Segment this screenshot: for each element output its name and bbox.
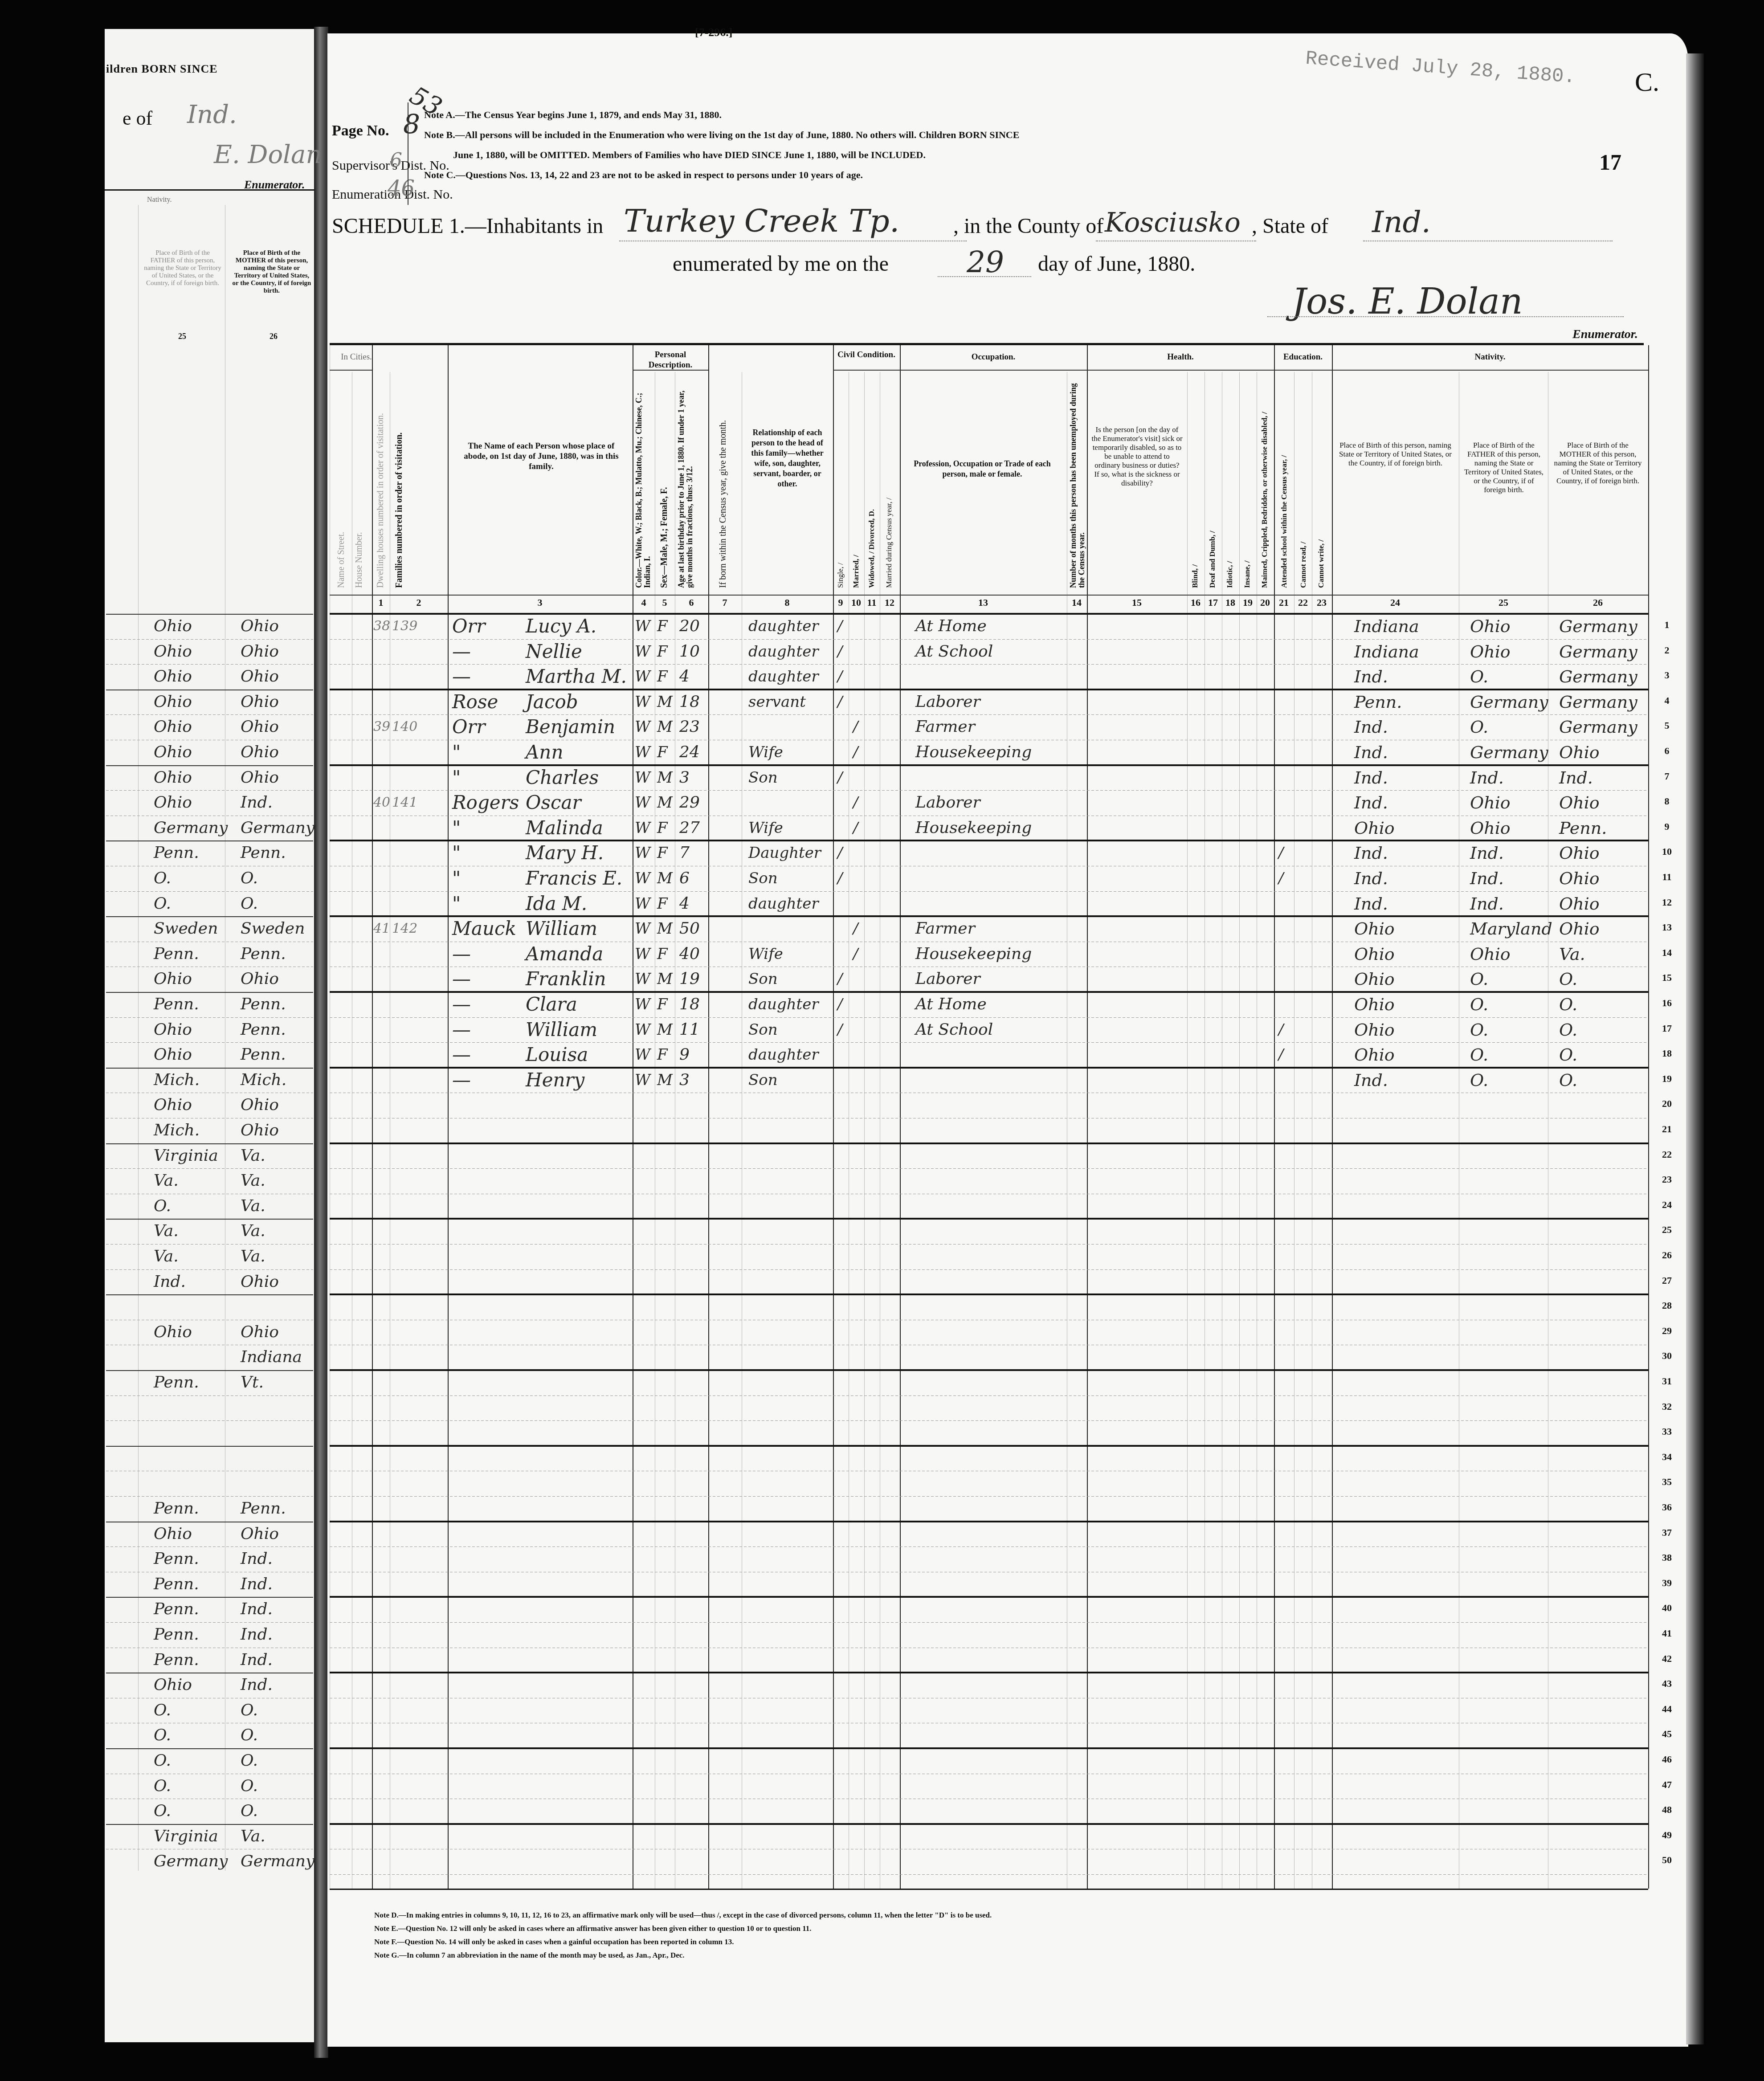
left-col25-header: Place of Birth of the FATHER of this per… — [143, 249, 223, 287]
surname[interactable]: — — [452, 1017, 471, 1042]
left-row-rule — [106, 1673, 313, 1673]
sex[interactable]: M — [657, 866, 673, 891]
column-divider — [352, 372, 352, 1889]
table-row[interactable]: 39140OrrBenjaminWM23/FarmerInd.O.Germany — [0, 714, 1764, 740]
father-birthplace[interactable]: Maryland — [1470, 916, 1552, 941]
given-name[interactable]: Lucy A. — [526, 614, 596, 639]
table-row[interactable]: —FranklinWM19Son/LaborerOhioO.O. — [0, 967, 1764, 992]
mother-birthplace[interactable]: Germany — [1559, 614, 1637, 639]
father-birthplace[interactable]: Ind. — [1470, 765, 1504, 790]
father-birthplace[interactable]: O. — [1470, 1068, 1488, 1093]
group-occupation: Occupation. — [900, 352, 1087, 362]
dwelling-number[interactable]: 39 — [373, 714, 390, 739]
given-name[interactable]: Ida M. — [526, 891, 587, 916]
father-birthplace[interactable]: O. — [1470, 1017, 1488, 1042]
birthplace[interactable]: Penn. — [1354, 690, 1402, 714]
table-row[interactable]: "Francis E.WM6Son//Ind.Ind.Ohio — [0, 866, 1764, 891]
single-mark[interactable]: / — [837, 765, 842, 790]
sex[interactable]: F — [657, 816, 668, 841]
mother-birthplace[interactable]: O. — [1559, 1017, 1577, 1042]
mother-birthplace[interactable]: Germany — [1559, 690, 1637, 714]
age[interactable]: 3 — [679, 1068, 690, 1093]
surname[interactable]: Orr — [452, 714, 486, 739]
mother-birthplace[interactable]: O. — [1559, 1042, 1577, 1067]
sex[interactable]: F — [657, 664, 668, 689]
given-name[interactable]: Louisa — [526, 1042, 588, 1067]
sex[interactable]: M — [657, 1017, 673, 1042]
mother-birthplace[interactable]: Penn. — [1559, 816, 1607, 841]
enumeration-value[interactable]: 46 — [388, 176, 415, 201]
relationship[interactable]: Daughter — [748, 841, 821, 865]
date-suffix: day of June, 1880. — [1038, 252, 1195, 276]
sex[interactable]: M — [657, 916, 673, 941]
birthplace[interactable]: Ind. — [1354, 790, 1388, 815]
row-rule — [330, 1698, 1648, 1698]
surname[interactable]: " — [452, 841, 461, 865]
family-number[interactable]: 142 — [392, 916, 417, 941]
row-rule — [330, 1849, 1648, 1849]
occupation[interactable]: At Home — [915, 992, 987, 1017]
relationship[interactable]: Son — [748, 1068, 778, 1093]
birthplace[interactable]: Ohio — [1354, 816, 1395, 841]
left-row-rule — [106, 1648, 313, 1648]
left-mother-birthplace: Va. — [241, 1143, 265, 1168]
given-name[interactable]: Martha M. — [526, 664, 627, 689]
married-mark[interactable]: / — [853, 790, 858, 815]
father-birthplace[interactable]: Ohio — [1470, 942, 1511, 967]
birthplace[interactable]: Indiana — [1354, 614, 1419, 639]
column-number: 14 — [1068, 597, 1086, 608]
married-mark[interactable]: / — [853, 740, 858, 765]
sex[interactable]: F — [657, 841, 668, 865]
given-name[interactable]: Charles — [526, 765, 599, 790]
column-number: 2 — [410, 597, 428, 608]
birthplace[interactable]: Ohio — [1354, 992, 1395, 1017]
single-mark[interactable]: / — [837, 992, 842, 1017]
table-row[interactable]: —WilliamWM11Son/At School/OhioO.O. — [0, 1017, 1764, 1043]
occupation[interactable]: Laborer — [915, 690, 980, 714]
age[interactable]: 40 — [679, 942, 700, 967]
color[interactable]: W — [635, 1042, 650, 1067]
relationship[interactable]: daughter — [748, 992, 819, 1017]
surname[interactable]: — — [452, 967, 471, 992]
line-number: 13 — [1658, 922, 1676, 933]
surname[interactable]: " — [452, 740, 461, 765]
mother-birthplace[interactable]: Germany — [1559, 639, 1637, 664]
left-father-birthplace: Penn. — [154, 1496, 199, 1521]
given-name[interactable]: Oscar — [526, 790, 581, 815]
group-rule — [900, 370, 1648, 371]
dwelling-number[interactable]: 38 — [373, 614, 390, 639]
color[interactable]: W — [635, 1068, 650, 1093]
mother-birthplace[interactable]: Ohio — [1559, 916, 1600, 941]
left-row-rule — [106, 1622, 313, 1623]
given-name[interactable]: Nellie — [526, 639, 582, 664]
state-value[interactable]: Ind. — [1372, 205, 1431, 239]
given-name[interactable]: Ann — [526, 740, 563, 765]
father-birthplace[interactable]: Ohio — [1470, 816, 1511, 841]
sex[interactable]: M — [657, 765, 673, 790]
table-row[interactable]: —AmandaWF40Wife/HousekeepingOhioOhioVa. — [0, 942, 1764, 967]
single-mark[interactable]: / — [837, 639, 842, 664]
surname[interactable]: Rose — [452, 690, 498, 714]
occupation[interactable]: Housekeeping — [915, 816, 1032, 841]
color[interactable]: W — [635, 916, 650, 941]
father-birthplace[interactable]: Ohio — [1470, 790, 1511, 815]
single-mark[interactable]: / — [837, 967, 842, 992]
surname[interactable]: " — [452, 891, 461, 916]
table-row[interactable]: —ClaraWF18daughter/At HomeOhioO.O. — [0, 992, 1764, 1017]
row-rule — [330, 1194, 1648, 1194]
married-mark[interactable]: / — [853, 714, 858, 739]
column-divider — [1332, 345, 1333, 1889]
given-name[interactable]: Malinda — [526, 816, 603, 841]
color[interactable]: W — [635, 841, 650, 865]
relationship[interactable]: servant — [748, 690, 806, 714]
table-row[interactable]: 38139OrrLucy A.WF20daughter/At HomeIndia… — [0, 614, 1764, 639]
age[interactable]: 19 — [679, 967, 700, 992]
father-birthplace[interactable]: O. — [1470, 967, 1488, 992]
married-mark[interactable]: / — [853, 816, 858, 841]
table-row[interactable]: —NellieWF10daughter/At SchoolIndianaOhio… — [0, 639, 1764, 665]
single-mark[interactable]: / — [837, 690, 842, 714]
relationship[interactable]: daughter — [748, 614, 819, 639]
left-father-birthplace: O. — [154, 1194, 171, 1219]
relationship[interactable]: Son — [748, 1017, 778, 1042]
left-father-birthplace: Ohio — [154, 1673, 192, 1697]
mother-birthplace[interactable]: Ind. — [1559, 765, 1593, 790]
age[interactable]: 6 — [679, 866, 690, 891]
signature-underline — [1267, 316, 1624, 317]
age[interactable]: 29 — [679, 790, 700, 815]
table-row[interactable]: RoseJacobWM18servant/LaborerPenn.Germany… — [0, 690, 1764, 715]
school-mark[interactable]: / — [1278, 1042, 1283, 1067]
color[interactable]: W — [635, 690, 650, 714]
left-father-birthplace: Penn. — [154, 1622, 199, 1647]
column-divider — [633, 345, 633, 1889]
line-number: 7 — [1658, 771, 1676, 782]
sex[interactable]: M — [657, 714, 673, 739]
mother-birthplace[interactable]: Ohio — [1559, 866, 1600, 891]
occupation[interactable]: Farmer — [915, 714, 975, 739]
color[interactable]: W — [635, 967, 650, 992]
mother-birthplace[interactable]: Va. — [1559, 942, 1585, 967]
color[interactable]: W — [635, 816, 650, 841]
left-state-label: e of — [122, 107, 152, 130]
sex[interactable]: M — [657, 1068, 673, 1093]
relationship[interactable]: daughter — [748, 639, 819, 664]
sex[interactable]: M — [657, 690, 673, 714]
age[interactable]: 18 — [679, 992, 700, 1017]
color[interactable]: W — [635, 992, 650, 1017]
sex[interactable]: F — [657, 942, 668, 967]
age[interactable]: 18 — [679, 690, 700, 714]
occupation[interactable]: At Home — [915, 614, 987, 639]
mother-birthplace[interactable]: Germany — [1559, 714, 1637, 739]
color[interactable]: W — [635, 614, 650, 639]
single-mark[interactable]: / — [837, 664, 842, 689]
color[interactable]: W — [635, 740, 650, 765]
relationship[interactable]: Wife — [748, 816, 783, 841]
line-number: 22 — [1658, 1149, 1676, 1160]
column-divider — [1312, 372, 1312, 1889]
age[interactable]: 7 — [679, 841, 690, 865]
father-birthplace[interactable]: Ohio — [1470, 614, 1511, 639]
left-mother-birthplace: O. — [241, 1698, 258, 1723]
line-number: 31 — [1658, 1375, 1676, 1387]
birthplace[interactable]: Ind. — [1354, 740, 1388, 765]
school-mark[interactable]: / — [1278, 866, 1283, 891]
column-divider — [1459, 372, 1459, 1889]
mother-birthplace[interactable]: O. — [1559, 1068, 1577, 1093]
left-row-rule — [106, 1572, 313, 1572]
color[interactable]: W — [635, 765, 650, 790]
mother-birthplace[interactable]: O. — [1559, 992, 1577, 1017]
married-mark[interactable]: / — [853, 916, 858, 941]
table-row[interactable]: "Ida M.WF4daughterInd.Ind.Ohio — [0, 891, 1764, 917]
age[interactable]: 3 — [679, 765, 690, 790]
mother-birthplace[interactable]: Ohio — [1559, 841, 1600, 865]
occupation[interactable]: At School — [915, 1017, 993, 1042]
table-row[interactable]: —Martha M.WF4daughter/Ind.O.Germany — [0, 664, 1764, 690]
given-name[interactable]: Franklin — [526, 967, 606, 992]
left-row-rule — [106, 1294, 313, 1295]
table-row[interactable]: 40141RogersOscarWM29/LaborerInd.OhioOhio — [0, 790, 1764, 816]
single-mark[interactable]: / — [837, 841, 842, 865]
age[interactable]: 11 — [679, 1017, 700, 1042]
line-number: 1 — [1658, 619, 1676, 631]
table-row[interactable]: "MalindaWF27Wife/HousekeepingOhioOhioPen… — [0, 816, 1764, 841]
column-number: 3 — [531, 597, 549, 608]
surname[interactable]: Rogers — [452, 790, 519, 815]
mother-birthplace[interactable]: Germany — [1559, 664, 1637, 689]
age[interactable]: 9 — [679, 1042, 690, 1067]
color[interactable]: W — [635, 891, 650, 916]
age[interactable]: 24 — [679, 740, 700, 765]
relationship[interactable]: Son — [748, 765, 778, 790]
col9-header: Single, / — [836, 512, 845, 588]
age[interactable]: 20 — [679, 614, 700, 639]
relationship[interactable]: Wife — [748, 942, 783, 967]
surname[interactable]: — — [452, 639, 471, 664]
birthplace[interactable]: Ind. — [1354, 891, 1388, 916]
father-birthplace[interactable]: O. — [1470, 1042, 1488, 1067]
surname[interactable]: — — [452, 664, 471, 689]
age[interactable]: 23 — [679, 714, 700, 739]
age[interactable]: 4 — [679, 891, 690, 916]
occupation[interactable]: Laborer — [915, 790, 980, 815]
father-birthplace[interactable]: Germany — [1470, 690, 1548, 714]
sex[interactable]: F — [657, 639, 668, 664]
line-number: 24 — [1658, 1199, 1676, 1211]
col11-header: Widowed, / Divorced, D. — [867, 445, 877, 588]
school-mark[interactable]: / — [1278, 1017, 1283, 1042]
surname[interactable]: Mauck — [452, 916, 516, 941]
birthplace[interactable]: Ohio — [1354, 916, 1395, 941]
single-mark[interactable]: / — [837, 1017, 842, 1042]
age[interactable]: 4 — [679, 664, 690, 689]
left-row-rule — [106, 1748, 313, 1749]
surname[interactable]: " — [452, 816, 461, 841]
surname[interactable]: — — [452, 1068, 471, 1093]
occupation[interactable]: Laborer — [915, 967, 980, 992]
left-mother-birthplace: Ind. — [241, 1648, 273, 1673]
father-birthplace[interactable]: Ohio — [1470, 639, 1511, 664]
birthplace[interactable]: Ind. — [1354, 841, 1388, 865]
father-birthplace[interactable]: Ind. — [1470, 841, 1504, 865]
age[interactable]: 27 — [679, 816, 700, 841]
left-mother-birthplace: Germany — [241, 1849, 314, 1874]
father-birthplace[interactable]: O. — [1470, 992, 1488, 1017]
birthplace[interactable]: Ohio — [1354, 942, 1395, 967]
surname[interactable]: " — [452, 765, 461, 790]
table-row[interactable]: —HenryWM3SonInd.O.O. — [0, 1068, 1764, 1093]
age[interactable]: 50 — [679, 916, 700, 941]
row-rule — [330, 1269, 1648, 1270]
surname[interactable]: — — [452, 992, 471, 1017]
color[interactable]: W — [635, 866, 650, 891]
color[interactable]: W — [635, 942, 650, 967]
given-name[interactable]: William — [526, 916, 597, 941]
married-mark[interactable]: / — [853, 942, 858, 967]
relationship[interactable]: daughter — [748, 664, 819, 689]
page-no-value[interactable]: 8 — [403, 109, 420, 140]
color[interactable]: W — [635, 1017, 650, 1042]
mother-birthplace[interactable]: Ohio — [1559, 740, 1600, 765]
row-rule — [330, 1395, 1648, 1396]
color[interactable]: W — [635, 639, 650, 664]
mother-birthplace[interactable]: Ohio — [1559, 891, 1600, 916]
given-name[interactable]: Francis E. — [526, 866, 622, 891]
given-name[interactable]: Amanda — [526, 942, 603, 967]
sex[interactable]: F — [657, 992, 668, 1017]
dwelling-number[interactable]: 41 — [373, 916, 390, 941]
table-row[interactable]: —LouisaWF9daughter/OhioO.O. — [0, 1042, 1764, 1068]
relationship[interactable]: daughter — [748, 1042, 819, 1067]
age[interactable]: 10 — [679, 639, 700, 664]
birthplace[interactable]: Ind. — [1354, 714, 1388, 739]
col26-header: Place of Birth of the MOTHER of this per… — [1551, 441, 1645, 486]
single-mark[interactable]: / — [837, 614, 842, 639]
surname[interactable]: " — [452, 866, 461, 891]
relationship[interactable]: Son — [748, 866, 778, 891]
left-mother-birthplace: O. — [241, 1799, 258, 1824]
column-divider — [372, 345, 373, 1889]
color[interactable]: W — [635, 664, 650, 689]
occupation[interactable]: Farmer — [915, 916, 975, 941]
father-birthplace[interactable]: O. — [1470, 664, 1488, 689]
col5-header: Sex—Male, M.; Female, F. — [659, 379, 669, 588]
page-no-label: Page No. — [332, 122, 389, 139]
given-name[interactable]: Jacob — [526, 690, 578, 714]
relationship[interactable]: daughter — [748, 891, 819, 916]
relationship[interactable]: Wife — [748, 740, 783, 765]
line-number: 46 — [1658, 1754, 1676, 1765]
sex[interactable]: F — [657, 614, 668, 639]
column-number: 8 — [778, 597, 796, 608]
left-header-fragment: ildren BORN SINCE — [106, 62, 218, 76]
left-row-rule — [106, 1168, 313, 1169]
table-row[interactable]: "CharlesWM3Son/Ind.Ind.Ind. — [0, 765, 1764, 791]
dwelling-number[interactable]: 40 — [373, 790, 390, 815]
column-number: 16 — [1187, 597, 1205, 608]
left-mother-birthplace: O. — [241, 1748, 258, 1773]
relationship[interactable]: Son — [748, 967, 778, 992]
father-birthplace[interactable]: Germany — [1470, 740, 1548, 765]
birthplace[interactable]: Indiana — [1354, 639, 1419, 664]
mother-birthplace[interactable]: O. — [1559, 967, 1577, 992]
surname[interactable]: — — [452, 942, 471, 967]
school-mark[interactable]: / — [1278, 841, 1283, 865]
sex[interactable]: M — [657, 967, 673, 992]
mother-birthplace[interactable]: Ohio — [1559, 790, 1600, 815]
column-number: 6 — [682, 597, 700, 608]
col7-header: If born within the Census year, give the… — [718, 379, 728, 588]
group-education: Education. — [1274, 352, 1332, 362]
color[interactable]: W — [635, 790, 650, 815]
father-birthplace[interactable]: O. — [1470, 714, 1488, 739]
occupation[interactable]: Housekeeping — [915, 740, 1032, 765]
given-name[interactable]: Henry — [526, 1068, 584, 1093]
sex[interactable]: F — [657, 891, 668, 916]
given-name[interactable]: William — [526, 1017, 597, 1042]
line-number: 27 — [1658, 1275, 1676, 1286]
county-label: , in the County of — [953, 214, 1103, 238]
table-row[interactable]: "AnnWF24Wife/HousekeepingInd.GermanyOhio — [0, 740, 1764, 765]
birthplace[interactable]: Ind. — [1354, 765, 1388, 790]
line-number: 45 — [1658, 1728, 1676, 1740]
township-value[interactable]: Turkey Creek Tp. — [624, 203, 899, 239]
supervisor-value[interactable]: 6 — [390, 149, 402, 172]
father-birthplace[interactable]: Ind. — [1470, 866, 1504, 891]
left-header-rule — [105, 189, 314, 191]
color[interactable]: W — [635, 714, 650, 739]
table-row[interactable]: 41142MauckWilliamWM50/FarmerOhioMaryland… — [0, 916, 1764, 942]
family-number[interactable]: 139 — [392, 614, 417, 639]
surname[interactable]: — — [452, 1042, 471, 1067]
group-in-cities: In Cities. — [339, 352, 374, 362]
occupation[interactable]: At School — [915, 639, 993, 664]
sex[interactable]: M — [657, 790, 673, 815]
table-row[interactable]: "Mary H.WF7Daughter//Ind.Ind.Ohio — [0, 841, 1764, 866]
sex[interactable]: F — [657, 1042, 668, 1067]
birthplace[interactable]: Ind. — [1354, 866, 1388, 891]
family-number[interactable]: 141 — [392, 790, 417, 815]
county-value[interactable]: Kosciusko — [1105, 207, 1241, 238]
sex[interactable]: F — [657, 740, 668, 765]
day-value[interactable]: 29 — [967, 245, 1004, 279]
family-number[interactable]: 140 — [392, 714, 417, 739]
birthplace[interactable]: Ind. — [1354, 664, 1388, 689]
occupation[interactable]: Housekeeping — [915, 942, 1032, 967]
left-mother-birthplace: Ohio — [241, 1118, 279, 1143]
left-mother-birthplace: O. — [241, 1723, 258, 1748]
left-row-rule — [106, 1219, 313, 1220]
left-enumerator-signature: E. Dolan — [214, 140, 322, 169]
birthplace[interactable]: Ohio — [1354, 967, 1395, 992]
given-name[interactable]: Benjamin — [526, 714, 615, 739]
father-birthplace[interactable]: Ind. — [1470, 891, 1504, 916]
line-number: 19 — [1658, 1073, 1676, 1085]
birthplace[interactable]: Ohio — [1354, 1017, 1395, 1042]
given-name[interactable]: Mary H. — [526, 841, 604, 865]
surname[interactable]: Orr — [452, 614, 486, 639]
left-father-birthplace: Ohio — [154, 1522, 192, 1546]
single-mark[interactable]: / — [837, 866, 842, 891]
given-name[interactable]: Clara — [526, 992, 577, 1017]
birthplace[interactable]: Ind. — [1354, 1068, 1388, 1093]
birthplace[interactable]: Ohio — [1354, 1042, 1395, 1067]
